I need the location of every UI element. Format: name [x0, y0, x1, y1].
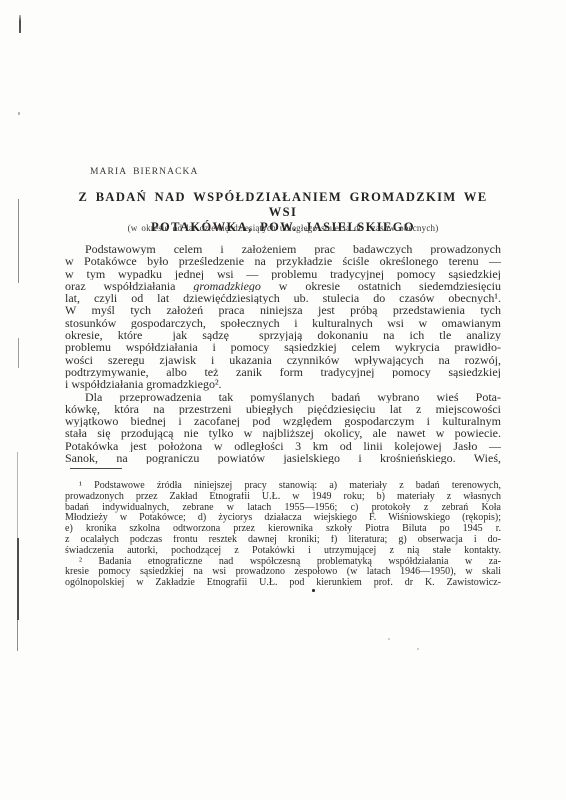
scan-speck	[417, 648, 419, 650]
footnote-line: z ocalałych podczas frontu resztek dawne…	[65, 535, 501, 546]
text-line: w Potakówce było prześledzenie na przykł…	[65, 255, 501, 267]
text-line: wyjątkowo biednej i zacofanej pod względ…	[65, 415, 501, 427]
text-line: w tym wypadku jednej wsi — problemu trad…	[65, 268, 501, 280]
footnote-line: ogólnopolskiej w Zakładzie Etnografii U.…	[65, 578, 501, 589]
ink-dot-artifact	[312, 589, 315, 592]
gutter-shadow-upper	[18, 199, 19, 283]
italic-term: gromadzkiego	[193, 280, 261, 292]
footnote-line: e) kronika szkolna odtworzona przez kier…	[65, 524, 501, 535]
text-segment: w okresie ostatnich siedemdziesięciu	[261, 280, 501, 292]
text-line: problemu współdziałania i pomocy sąsiedz…	[65, 341, 501, 353]
text-segment: oraz współdziałania	[65, 280, 193, 292]
gutter-shadow-top	[19, 15, 21, 33]
scan-speck	[388, 638, 390, 640]
article-body: Podstawowym celem i założeniem prac bada…	[65, 243, 501, 464]
text-line: stosunków gospodarczych, społecznych i k…	[65, 317, 501, 329]
text-line: podtrzymywanie, albo też zanik form trad…	[65, 366, 501, 378]
text-line: W myśl tych założeń praca niniejsza jest…	[65, 304, 501, 316]
text-line: oraz współdziałania gromadzkiego w okres…	[65, 280, 501, 292]
gutter-shadow-lower-dark	[17, 538, 19, 620]
text-line: kówkę, która na przestrzeni ubiegłych pi…	[65, 403, 501, 415]
scanned-page: MARIA BIERNACKA Z BADAŃ NAD WSPÓŁDZIAŁAN…	[0, 0, 566, 800]
footnote-line: ² Badania etnograficzne nad współczesną …	[65, 557, 501, 568]
footnote-line: Młodzieży w Potakówce; d) życiorys dział…	[65, 513, 501, 524]
footnote-line: kresie pomocy sąsiedzkiej na wsi prowadz…	[65, 567, 501, 578]
text-line: i współdziałania gromadzkiego².	[65, 378, 501, 390]
text-line: lat, czyli od lat dziewięćdziesiątych ub…	[65, 292, 501, 304]
text-line: okresie, które jak sądzę sprzyjają dokon…	[65, 329, 501, 341]
text-line: Potakówka jest położona w odległości 3 k…	[65, 440, 501, 452]
text-line: wości szeregu zjawisk i ukazania czynnik…	[65, 354, 501, 366]
gutter-shadow-bottom	[17, 620, 18, 651]
text-line: stała się przodującą nie tylko w najbliż…	[65, 427, 501, 439]
footnote-line: świadczenia autorki, pochodzącej z Potak…	[65, 546, 501, 557]
text-line: Dla przeprowadzenia tak pomyślanych bada…	[65, 391, 501, 403]
text-line: Podstawowym celem i założeniem prac bada…	[65, 243, 501, 255]
footnote-line: ¹ Podstawowe źródła niniejszej pracy sta…	[65, 481, 501, 492]
footnote-line: prowadzonych przez Zakład Etnografii U.Ł…	[65, 492, 501, 503]
text-line: Sanok, na pograniczu powiatów jasielskie…	[65, 452, 501, 464]
article-subtitle: (w okresie od lat dziewięćdziesiątych ub…	[65, 223, 501, 233]
gutter-shadow-speck	[18, 112, 20, 115]
article-title-line1: Z BADAŃ NAD WSPÓŁDZIAŁANIEM GROMADZKIM W…	[65, 190, 501, 220]
gutter-shadow-lower-light	[17, 452, 18, 538]
footnotes-block: ¹ Podstawowe źródła niniejszej pracy sta…	[65, 481, 501, 589]
footnote-line: badań indywidualnych, zebrane w latach 1…	[65, 503, 501, 514]
author-name: MARIA BIERNACKA	[90, 167, 198, 177]
gutter-shadow-middle	[18, 338, 19, 368]
footnote-separator	[70, 468, 122, 469]
